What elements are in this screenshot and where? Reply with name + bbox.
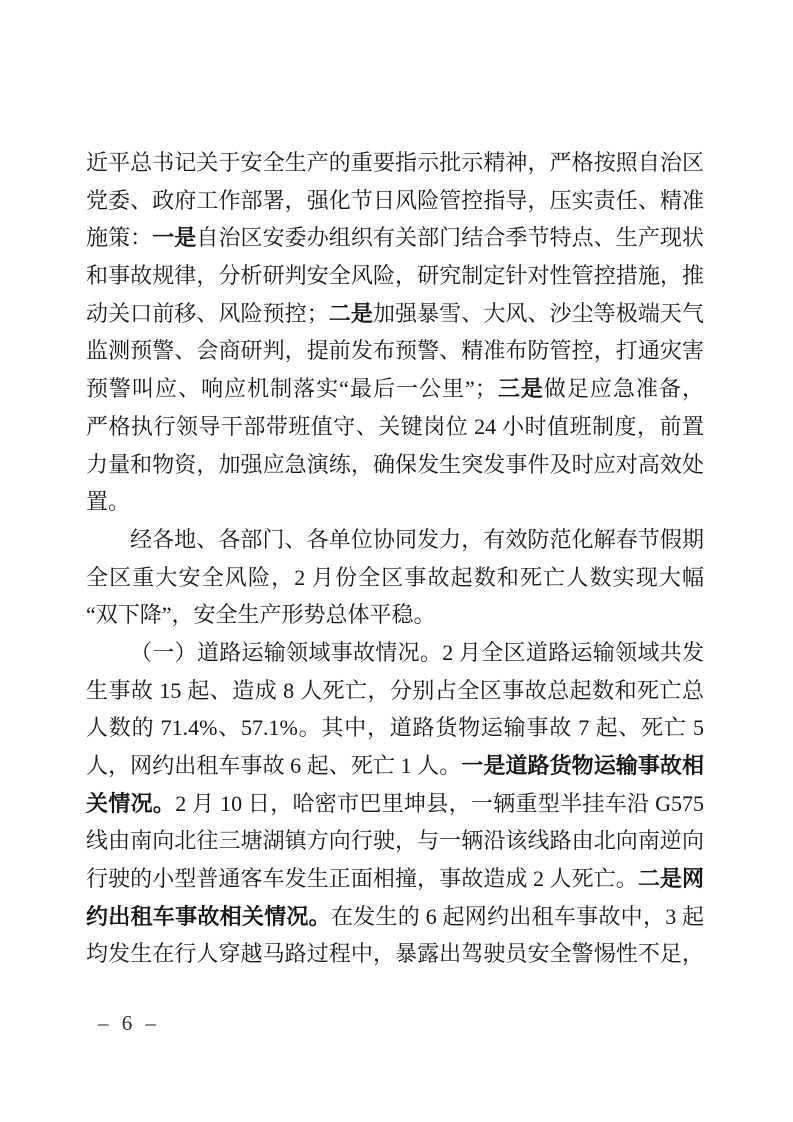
text-line: 严格执行领导干部带班值守、关键岗位 24 小时值班制度，前置 (86, 408, 704, 446)
bold-text-run: 二是 (329, 301, 373, 326)
text-line: 动关口前移、风险预控；二是加强暴雪、大风、沙尘等极端天气 (86, 295, 704, 333)
text-run: 严格执行领导干部带班值守、关键岗位 24 小时值班制度，前置 (86, 414, 704, 439)
text-run: 2 月 10 日，哈密市巴里坤县，一辆重型半挂车沿 G575 (175, 791, 704, 816)
text-line: 经各地、各部门、各单位协同发力，有效防范化解春节假期 (86, 521, 704, 559)
text-run: 施策： (86, 225, 152, 250)
text-run: 和事故规律，分析研判安全风险，研究制定针对性管控措施，推 (86, 263, 704, 288)
text-run: 线由南向北往三塘湖镇方向行驶，与一辆沿该线路由北向南逆向 (86, 828, 704, 853)
bold-text-run: 一是 (152, 225, 196, 250)
text-line: 近平总书记关于安全生产的重要指示批示精神，严格按照自治区 (86, 144, 704, 182)
page-number: – 6 – (98, 1011, 160, 1035)
text-line: 人数的 71.4%、57.1%。其中，道路货物运输事故 7 起、死亡 5 (86, 709, 704, 747)
text-line: 行驶的小型普通客车发生正面相撞，事故造成 2 人死亡。二是网 (86, 860, 704, 898)
text-run: 动关口前移、风险预控； (86, 301, 329, 326)
text-line: 约出租车事故相关情况。在发生的 6 起网约出租车事故中，3 起 (86, 898, 704, 936)
text-line: “双下降”，安全生产形势总体平稳。 (86, 596, 704, 634)
text-run: “双下降”，安全生产形势总体平稳。 (86, 602, 436, 627)
text-run: （一）道路运输领域事故情况。2 月全区道路运输领域共发 (130, 640, 704, 665)
text-line: 线由南向北往三塘湖镇方向行驶，与一辆沿该线路由北向南逆向 (86, 822, 704, 860)
text-line: （一）道路运输领域事故情况。2 月全区道路运输领域共发 (86, 634, 704, 672)
text-line: 均发生在行人穿越马路过程中，暴露出驾驶员安全警惕性不足， (86, 935, 704, 973)
text-line: 党委、政府工作部署，强化节日风险管控指导，压实责任、精准 (86, 182, 704, 220)
text-line: 全区重大安全风险，2 月份全区事故起数和死亡人数实现大幅 (86, 559, 704, 597)
text-run: 加强暴雪、大风、沙尘等极端天气 (373, 301, 704, 326)
text-run: 在发生的 6 起网约出租车事故中，3 起 (331, 904, 704, 929)
text-line: 力量和物资，加强应急演练，确保发生突发事件及时应对高效处 (86, 446, 704, 484)
text-run: 党委、政府工作部署，强化节日风险管控指导，压实责任、精准 (86, 188, 704, 213)
text-run: 行驶的小型普通客车发生正面相撞，事故造成 2 人死亡。 (86, 866, 638, 891)
bold-text-run: 关情况。 (86, 791, 175, 816)
document-body: 近平总书记关于安全生产的重要指示批示精神，严格按照自治区党委、政府工作部署，强化… (86, 144, 704, 973)
text-run: 自治区安委办组织有关部门结合季节特点、生产现状 (196, 225, 704, 250)
bold-text-run: 二是网 (638, 866, 704, 891)
text-line: 生事故 15 起、造成 8 人死亡，分别占全区事故总起数和死亡总 (86, 672, 704, 710)
text-run: 置。 (86, 489, 130, 514)
text-line: 预警叫应、响应机制落实“最后一公里”；三是做足应急准备， (86, 370, 704, 408)
text-line: 置。 (86, 483, 704, 521)
page-footer: – 6 – (98, 1008, 160, 1038)
text-run: 生事故 15 起、造成 8 人死亡，分别占全区事故总起数和死亡总 (86, 678, 704, 703)
text-line: 人，网约出租车事故 6 起、死亡 1 人。一是道路货物运输事故相 (86, 747, 704, 785)
text-line: 关情况。2 月 10 日，哈密市巴里坤县，一辆重型半挂车沿 G575 (86, 785, 704, 823)
text-line: 和事故规律，分析研判安全风险，研究制定针对性管控措施，推 (86, 257, 704, 295)
bold-text-run: 一是道路货物运输事故相 (461, 753, 704, 778)
text-run: 均发生在行人穿越马路过程中，暴露出驾驶员安全警惕性不足， (86, 941, 704, 966)
document-page: 近平总书记关于安全生产的重要指示批示精神，严格按照自治区党委、政府工作部署，强化… (0, 0, 793, 1122)
text-line: 监测预警、会商研判，提前发布预警、精准布防管控，打通灾害 (86, 332, 704, 370)
text-run: 近平总书记关于安全生产的重要指示批示精神，严格按照自治区 (86, 150, 704, 175)
text-run: 全区重大安全风险，2 月份全区事故起数和死亡人数实现大幅 (86, 565, 704, 590)
text-run: 预警叫应、响应机制落实“最后一公里”； (86, 376, 497, 401)
text-run: 力量和物资，加强应急演练，确保发生突发事件及时应对高效处 (86, 452, 704, 477)
text-run: 人数的 71.4%、57.1%。其中，道路货物运输事故 7 起、死亡 5 (86, 715, 704, 740)
text-run: 监测预警、会商研判，提前发布预警、精准布防管控，打通灾害 (86, 338, 704, 363)
bold-text-run: 三是 (497, 376, 544, 401)
text-line: 施策：一是自治区安委办组织有关部门结合季节特点、生产现状 (86, 219, 704, 257)
text-run: 经各地、各部门、各单位协同发力，有效防范化解春节假期 (130, 527, 704, 552)
text-run: 做足应急准备， (544, 376, 704, 401)
bold-text-run: 约出租车事故相关情况。 (86, 904, 331, 929)
text-run: 人，网约出租车事故 6 起、死亡 1 人。 (86, 753, 461, 778)
